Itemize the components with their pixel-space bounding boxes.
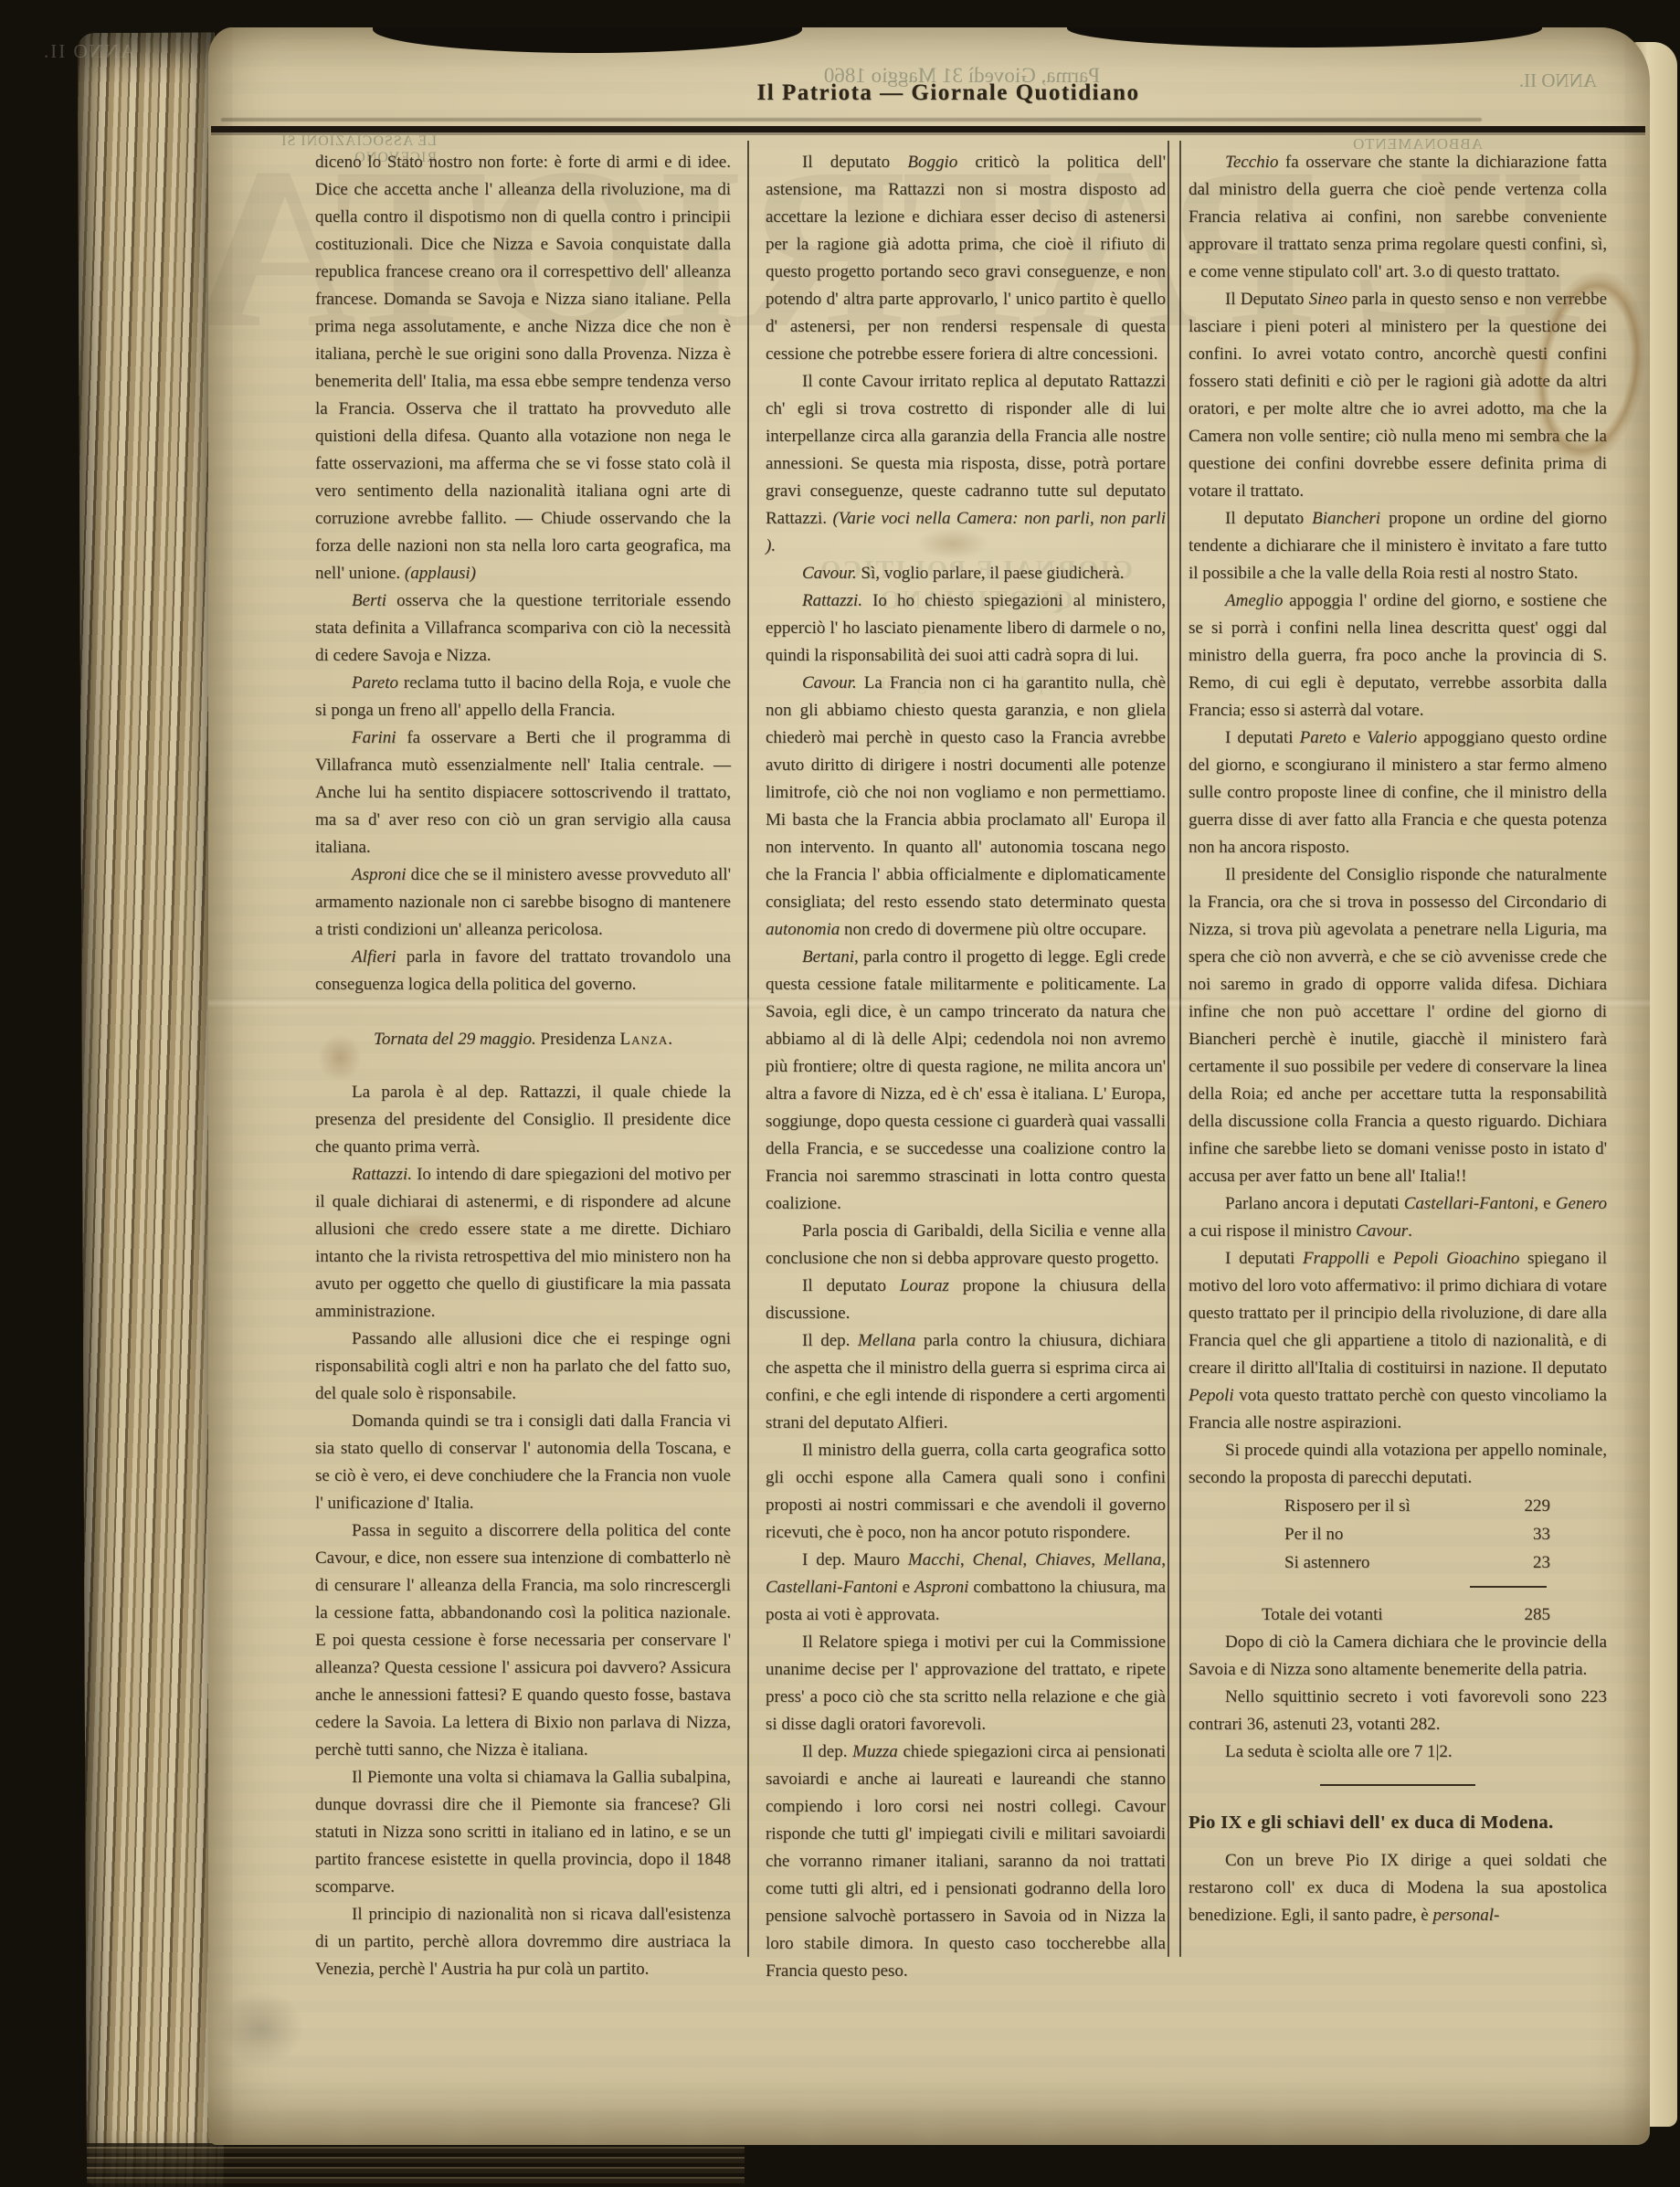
paragraph: Il principio di nazionalità non si ricav…: [315, 1901, 731, 1983]
paragraph: Cavour. Sì, voglio parlare, il paese giu…: [766, 560, 1166, 587]
paragraph: Nello squittinio secreto i voti favorevo…: [1189, 1684, 1607, 1738]
paragraph: Tecchio fa osservare che stante la dichi…: [1189, 149, 1607, 286]
vote-tally-row: Per il no33: [1189, 1520, 1607, 1548]
paragraph: Ameglio appoggia l' ordine del giorno, e…: [1189, 587, 1607, 724]
paragraph: Passando alle allusioni dice che ei resp…: [315, 1326, 731, 1408]
paragraph: Pareto reclama tutto il bacino della Roj…: [315, 670, 731, 724]
paragraph: Rattazzi. Io ho chiesto spiegazioni al m…: [766, 587, 1166, 670]
paragraph: I dep. Mauro Macchi, Chenal, Chiaves, Me…: [766, 1547, 1166, 1629]
paragraph: Domanda quindi se tra i consigli dati da…: [315, 1408, 731, 1517]
paragraph: Parlano ancora i deputati Castellari-Fan…: [1189, 1190, 1607, 1245]
paragraph: Il Relatore spiega i motivi per cui la C…: [766, 1629, 1166, 1738]
vote-value: 229: [1525, 1492, 1551, 1520]
paragraph: Alfieri parla in favore del trattato tro…: [315, 944, 731, 998]
paragraph: Asproni dice che se il ministero avesse …: [315, 861, 731, 944]
book-page-stack: [78, 33, 224, 2187]
vote-label: Totale dei votanti: [1262, 1601, 1383, 1629]
year-label-showthrough: ANNO II.: [42, 40, 134, 63]
column-divider-right-a: [1168, 141, 1169, 1957]
vote-value: 23: [1533, 1548, 1550, 1577]
vote-value: 285: [1525, 1601, 1551, 1629]
header-rule-thick: [211, 126, 1645, 132]
paragraph: Tornata del 29 maggio. Presidenza Lanza.: [315, 1026, 731, 1053]
paragraph: Il ministro della guerra, colla carta ge…: [766, 1437, 1166, 1547]
header-rule-thin: [221, 118, 1482, 121]
section-rule: [1320, 1784, 1475, 1786]
paragraph: Passa in seguito a discorrere della poli…: [315, 1517, 731, 1764]
paragraph: Dopo di ciò la Camera dichiara che le pr…: [1189, 1629, 1607, 1684]
vote-tally-row: Si astennero23: [1189, 1548, 1607, 1577]
paragraph: I deputati Pareto e Valerio appoggiano q…: [1189, 724, 1607, 861]
paragraph: Rattazzi. Io intendo di dare spiegazioni…: [315, 1161, 731, 1326]
paragraph: I deputati Frappolli e Pepoli Gioachino …: [1189, 1245, 1607, 1437]
column-3: Tecchio fa osservare che stante la dichi…: [1189, 149, 1607, 1929]
paragraph: Cavour. La Francia non ci ha garantito n…: [766, 670, 1166, 944]
newspaper-page: IL PATRIOTA GIORNALE POLITICO QUOTIDIANO…: [208, 27, 1650, 2145]
vote-value: 33: [1533, 1520, 1550, 1548]
vote-tally-row: Totale dei votanti285: [1189, 1601, 1607, 1629]
column-2: Il deputato Boggio criticò la politica d…: [766, 149, 1166, 1985]
paragraph: La parola è al dep. Rattazzi, il quale c…: [315, 1079, 731, 1161]
paragraph: La seduta è sciolta alle ore 7 1|2.: [1189, 1738, 1607, 1766]
column-1: diceno lo Stato nostro non forte: è fort…: [315, 149, 731, 1983]
column-divider-right-b: [1179, 141, 1181, 1957]
paragraph: Il deputato Louraz propone la chiusura d…: [766, 1273, 1166, 1327]
paragraph: Il deputato Biancheri propone un ordine …: [1189, 505, 1607, 587]
paragraph: Il dep. Mellana parla contro la chiusura…: [766, 1327, 1166, 1437]
paragraph: diceno lo Stato nostro non forte: è fort…: [315, 149, 731, 587]
article-headline: Pio IX e gli schiavi dell' ex duca di Mo…: [1189, 1808, 1607, 1838]
vote-label: Per il no: [1284, 1520, 1343, 1548]
fold-line: [208, 998, 1650, 1009]
paragraph: Farini fa osservare a Berti che il progr…: [315, 724, 731, 861]
paragraph: Il deputato Boggio criticò la politica d…: [766, 149, 1166, 368]
paragraph: Parla poscia di Garibaldi, della Sicilia…: [766, 1218, 1166, 1273]
paragraph: Bertani, parla contro il progetto di leg…: [766, 944, 1166, 1218]
paragraph: Il conte Cavour irritato replica al depu…: [766, 368, 1166, 560]
paragraph: Si procede quindi alla votaziona per app…: [1189, 1437, 1607, 1492]
vote-label: Si astennero: [1284, 1548, 1369, 1577]
paragraph: Il dep. Muzza chiede spiegazioni circa a…: [766, 1738, 1166, 1985]
paragraph: Berti osserva che la questione territori…: [315, 587, 731, 670]
paragraph: Il Piemonte una volta si chiamava la Gal…: [315, 1764, 731, 1901]
column-divider-left: [747, 141, 749, 1957]
vote-sum-rule: [1470, 1586, 1547, 1588]
paragraph: Con un breve Pio IX dirige a quei soldat…: [1189, 1847, 1607, 1929]
vote-tally-row: Risposero per il sì229: [1189, 1492, 1607, 1520]
vote-label: Risposero per il sì: [1284, 1492, 1411, 1520]
page-stack-bottom-edge: [87, 2143, 745, 2187]
paragraph: Il presidente del Consiglio risponde che…: [1189, 861, 1607, 1190]
masthead-title: Il Patriota — Giornale Quotidiano: [720, 80, 1177, 106]
paragraph: Il Deputato Sineo parla in questo senso …: [1189, 286, 1607, 505]
